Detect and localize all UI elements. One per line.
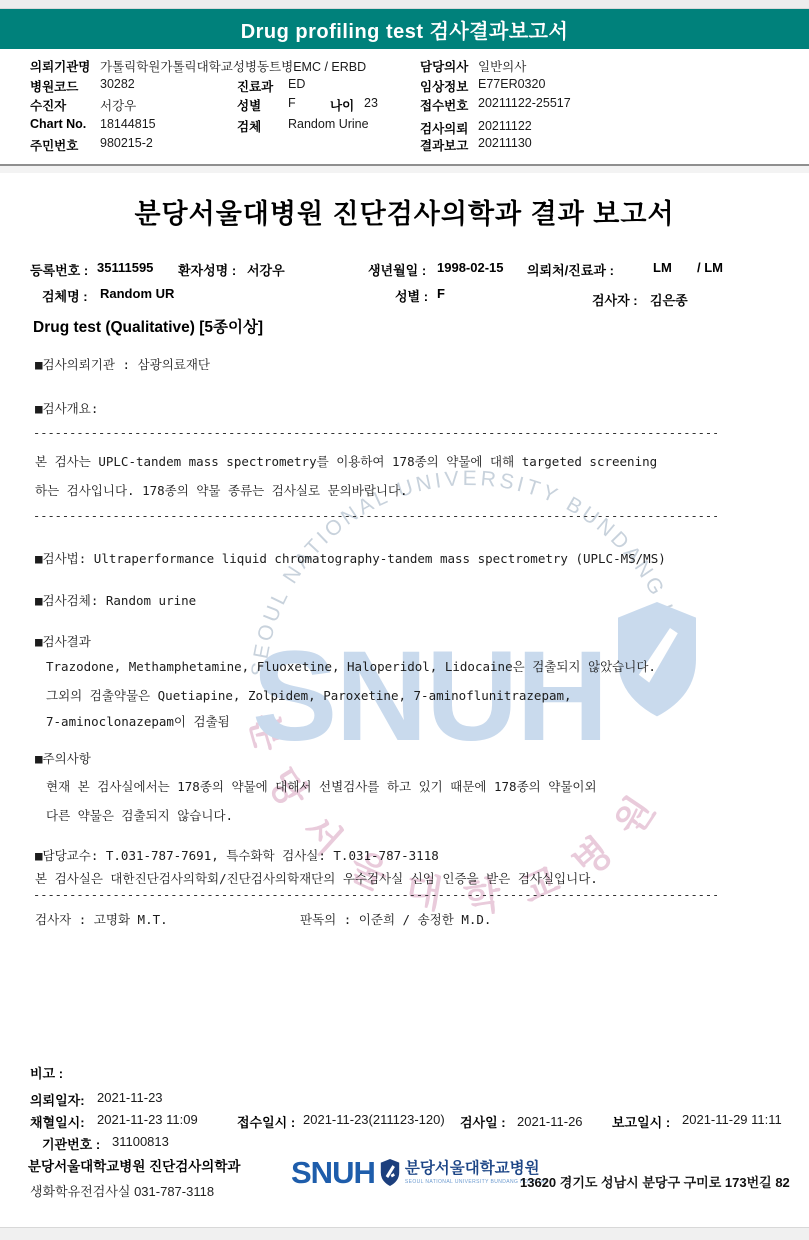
top-strip [0, 0, 809, 9]
patient-sex-label: 성별 : [395, 286, 428, 305]
doctor-label: 담당의사 [420, 57, 468, 75]
patient-name-label: 환자성명 : [178, 260, 236, 279]
test-date-value: 2021-11-26 [517, 1114, 583, 1129]
reg-no-label: 등록번호 : [30, 260, 88, 279]
clinical-label: 임상정보 [420, 77, 468, 95]
header-divider-shade [0, 166, 809, 173]
snuh-shield-icon [379, 1159, 401, 1186]
org-label: 의뢰기관명 [30, 57, 90, 75]
report-date-label: 결과보고 [420, 136, 468, 154]
collect-label: 채혈일시: [30, 1112, 85, 1131]
footer-address: 13620 경기도 성남시 분당구 구미로 173번길 82 [520, 1172, 790, 1191]
referral-label: 의뢰처/진료과 : [527, 260, 614, 279]
sex-value: F [288, 96, 296, 110]
sex-label: 성별 [237, 96, 261, 114]
specimen-name-value: Random UR [100, 286, 174, 301]
report-banner: Drug profiling test 검사결과보고서 [0, 9, 809, 49]
body-result-line3: 7-aminoclonazepam이 검출됨 [46, 712, 230, 730]
note-label: 비고 : [30, 1063, 63, 1082]
body-overview-line1: 본 검사는 UPLC-tandem mass spectrometry를 이용하… [35, 452, 657, 470]
footer-report-date-label: 보고일시 : [612, 1112, 670, 1131]
collect-value: 2021-11-23 11:09 [97, 1112, 198, 1127]
referral-value2: / LM [697, 260, 723, 275]
body-caution-line2: 다른 약물은 검출되지 않습니다. [46, 806, 233, 824]
body-overview-heading: ■검사개요: [35, 399, 98, 417]
body-overview-line2: 하는 검사입니다. 178종의 약물 종류는 검사실로 문의바랍니다. [35, 481, 408, 499]
receipt-no-value: 20211122-25517 [478, 96, 571, 110]
footer-receipt-value: 2021-11-23(211123-120) [303, 1112, 445, 1127]
birth-value: 1998-02-15 [437, 260, 504, 275]
dashed-line-2: ----------------------------------------… [33, 509, 717, 523]
body-specimen: ■검사검체: Random urine [35, 591, 196, 609]
chart-no-value: 18144815 [100, 117, 156, 131]
footer-receipt-label: 접수일시 : [237, 1112, 295, 1131]
age-value: 23 [364, 96, 378, 110]
reg-no-value: 35111595 [97, 260, 153, 275]
section-heading: Drug test (Qualitative) [5종이상] [33, 315, 263, 337]
dashed-line-1: ----------------------------------------… [33, 426, 717, 440]
specimen-value: Random Urine [288, 117, 369, 131]
banner-title: Drug profiling test 검사결과보고서 [241, 15, 569, 44]
dept-value: ED [288, 77, 305, 91]
footer-report-date-value: 2021-11-29 11:11 [682, 1112, 782, 1127]
body-result-heading: ■검사결과 [35, 632, 91, 650]
patient-name-value: 서강우 [247, 260, 285, 279]
body-accreditation: 본 검사실은 대한진단검사의학회/진단검사의학재단의 우수검사실 신임 인증을 … [35, 869, 598, 887]
patient-label: 수진자 [30, 96, 66, 114]
footer-request-date-label: 의뢰일자: [30, 1090, 85, 1109]
specimen-name-label: 검체명 : [42, 286, 88, 305]
body-caution-heading: ■주의사항 [35, 749, 91, 767]
patient-sex-value: F [437, 286, 445, 301]
patient-value: 서강우 [100, 96, 136, 114]
chart-no-label: Chart No. [30, 117, 86, 131]
content-layer: Drug profiling test 검사결과보고서 의뢰기관명 가톨릭학원가… [0, 0, 809, 1240]
birth-label: 생년월일 : [368, 260, 426, 279]
examiner-label: 검사자 : [592, 290, 638, 309]
body-caution-line1: 현재 본 검사실에서는 178종의 약물에 대해서 선별검사를 하고 있기 때문… [46, 777, 597, 795]
referral-value: LM [653, 260, 672, 275]
specimen-label: 검체 [237, 117, 261, 135]
hospital-code-value: 30282 [100, 77, 135, 91]
hospital-code-label: 병원코드 [30, 77, 78, 95]
snuh-logo-text: SNUH [291, 1158, 375, 1188]
body-result-line2: 그외의 검출약물은 Quetiapine, Zolpidem, Paroxeti… [46, 686, 572, 704]
org-value: 가톨릭학원가톨릭대학교성병동트병EMC / ERBD [100, 57, 366, 75]
body-method: ■검사법: Ultraperformance liquid chromatogr… [35, 549, 666, 567]
body-contact: ■담당교수: T.031-787-7691, 특수화학 검사실: T.031-7… [35, 846, 439, 864]
footer-request-date-value: 2021-11-23 [97, 1090, 163, 1105]
request-date-label: 검사의뢰 [420, 119, 468, 137]
body-reviewer: 판독의 : 이준희 / 송정한 M.D. [300, 910, 491, 928]
body-request-org: ■검사의뢰기관 : 삼광의료재단 [35, 355, 210, 373]
dashed-line-3: ----------------------------------------… [33, 888, 717, 902]
receipt-no-label: 접수번호 [420, 96, 468, 114]
clinical-value: E77ER0320 [478, 77, 545, 91]
page-title: 분당서울대병원 진단검사의학과 결과 보고서 [0, 192, 809, 231]
org-no-value: 31100813 [112, 1134, 169, 1149]
request-date-value: 20211122 [478, 119, 532, 133]
ssn-value: 980215-2 [100, 136, 153, 150]
footer-lab-line: 생화학유전검사실 031-787-3118 [30, 1181, 214, 1200]
report-date-value: 20211130 [478, 136, 532, 150]
snuh-logo: SNUH 분당서울대학교병원 SEOUL NATIONAL UNIVERSITY… [291, 1158, 548, 1188]
examiner-value: 김은종 [650, 290, 688, 309]
body-tester: 검사자 : 고명화 M.T. [35, 910, 168, 928]
age-label: 나이 [330, 96, 354, 114]
doctor-value: 일반의사 [478, 57, 526, 75]
org-no-label: 기관번호 : [42, 1134, 100, 1153]
report-page: SEOUL NATIONAL UNIVERSITY BUNDANG HOSPIT… [0, 0, 809, 1240]
footer-dept-line: 분당서울대학교병원 진단검사의학과 [28, 1155, 240, 1175]
bottom-strip [0, 1227, 809, 1240]
test-date-label: 검사일 : [460, 1112, 506, 1131]
dept-label: 진료과 [237, 77, 273, 95]
body-result-line1: Trazodone, Methamphetamine, Fluoxetine, … [46, 657, 656, 675]
ssn-label: 주민번호 [30, 136, 78, 154]
